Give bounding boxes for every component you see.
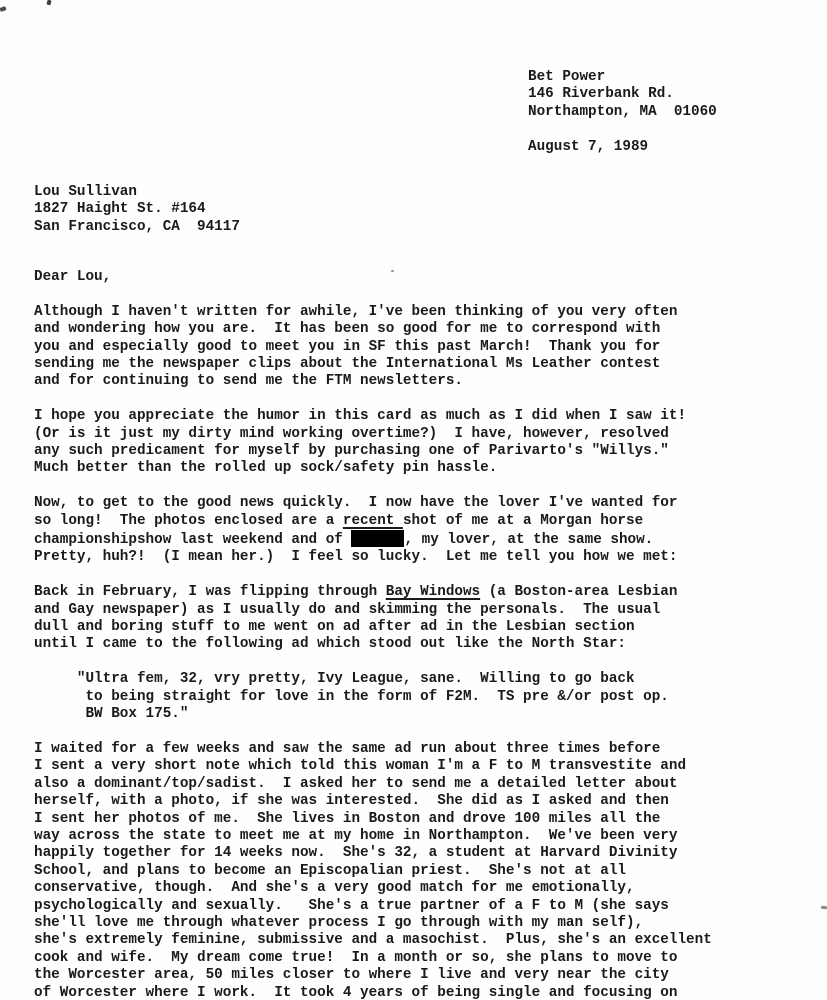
text-line: and for continuing to send me the FTM ne… <box>34 373 712 390</box>
paragraph: I waited for a few weeks and saw the sam… <box>34 741 712 1000</box>
letter-page: Bet Power 146 Riverbank Rd. Northampton,… <box>0 0 827 1000</box>
text-line: so long! The photos enclosed are a recen… <box>34 513 712 530</box>
blank-line <box>528 121 717 138</box>
text-segment: shot of me at a Morgan horse <box>403 513 643 529</box>
text-line: she'll love me through whatever process … <box>34 915 712 932</box>
paragraphs-container: Although I haven't written for awhile, I… <box>34 304 712 1000</box>
text-line: and Gay newspaper) as I usually do and s… <box>34 602 712 619</box>
text-line: BW Box 175." <box>34 706 712 723</box>
salutation: Dear Lou, <box>34 269 712 286</box>
text-line: she's extremely feminine, submissive and… <box>34 932 712 949</box>
text-line: dull and boring stuff to me went on ad a… <box>34 619 712 636</box>
recipient-address-block: Lou Sullivan 1827 Haight St. #164 San Fr… <box>34 184 240 236</box>
paragraph: Although I haven't written for awhile, I… <box>34 304 712 391</box>
text-line: also a dominant/top/sadist. I asked her … <box>34 776 712 793</box>
redaction-box <box>351 530 404 547</box>
recipient-city: San Francisco, CA 94117 <box>34 219 240 236</box>
text-line: the Worcester area, 50 miles closer to w… <box>34 967 712 984</box>
personals-ad-quote: "Ultra fem, 32, vry pretty, Ivy League, … <box>34 671 712 723</box>
text-line: (Or is it just my dirty mind working ove… <box>34 426 712 443</box>
date-line: August 7, 1989 <box>528 139 717 156</box>
text-line: psychologically and sexually. She's a tr… <box>34 898 712 915</box>
text-segment: Back in February, I was flipping through <box>34 584 386 600</box>
text-line: happily together for 14 weeks now. She's… <box>34 845 712 862</box>
recipient-name: Lou Sullivan <box>34 184 240 201</box>
text-line: sending me the newspaper clips about the… <box>34 356 712 373</box>
text-line: and wondering how you are. It has been s… <box>34 321 712 338</box>
sender-street: 146 Riverbank Rd. <box>528 86 717 103</box>
text-line: I sent a very short note which told this… <box>34 758 712 775</box>
stray-mark <box>391 270 394 272</box>
text-line: to being straight for love in the form o… <box>34 689 712 706</box>
text-segment: , my lover, at the same show. <box>404 532 653 548</box>
text-line: Now, to get to the good news quickly. I … <box>34 495 712 512</box>
text-segment: so long! The photos enclosed are a <box>34 513 343 529</box>
text-line: cook and wife. My dream come true! In a … <box>34 950 712 967</box>
text-line: of Worcester where I work. It took 4 yea… <box>34 985 712 1000</box>
sender-address-block: Bet Power 146 Riverbank Rd. Northampton,… <box>528 69 717 156</box>
underlined-text: recent <box>343 513 403 529</box>
text-line: herself, with a photo, if she was intere… <box>34 793 712 810</box>
text-segment: championshipshow last weekend and of <box>34 532 351 548</box>
stray-mark <box>0 6 7 12</box>
sender-name: Bet Power <box>528 69 717 86</box>
stray-mark <box>46 0 51 5</box>
text-line: you and especially good to meet you in S… <box>34 339 712 356</box>
sender-city: Northampton, MA 01060 <box>528 104 717 121</box>
paragraph: I hope you appreciate the humor in this … <box>34 408 712 478</box>
stray-mark <box>821 906 827 910</box>
text-line: Back in February, I was flipping through… <box>34 584 712 601</box>
text-line: I waited for a few weeks and saw the sam… <box>34 741 712 758</box>
text-line: I hope you appreciate the humor in this … <box>34 408 712 425</box>
text-line: Much better than the rolled up sock/safe… <box>34 460 712 477</box>
paragraph: Now, to get to the good news quickly. I … <box>34 495 712 567</box>
text-line: until I came to the following ad which s… <box>34 636 712 653</box>
underlined-text: Bay Windows <box>386 584 480 600</box>
text-line: School, and plans to become an Episcopal… <box>34 863 712 880</box>
text-line: I sent her photos of me. She lives in Bo… <box>34 811 712 828</box>
text-line: conservative, though. And she's a very g… <box>34 880 712 897</box>
text-line: "Ultra fem, 32, vry pretty, Ivy League, … <box>34 671 712 688</box>
paragraph: Back in February, I was flipping through… <box>34 584 712 654</box>
text-line: any such predicament for myself by purch… <box>34 443 712 460</box>
letter-body: Dear Lou, Although I haven't written for… <box>34 269 712 1000</box>
text-line: Although I haven't written for awhile, I… <box>34 304 712 321</box>
text-segment: (a Boston-area Lesbian <box>480 584 677 600</box>
recipient-street: 1827 Haight St. #164 <box>34 201 240 218</box>
text-line: way across the state to meet me at my ho… <box>34 828 712 845</box>
text-line: championshipshow last weekend and of , m… <box>34 530 712 549</box>
text-line: Pretty, huh?! (I mean her.) I feel so lu… <box>34 549 712 566</box>
